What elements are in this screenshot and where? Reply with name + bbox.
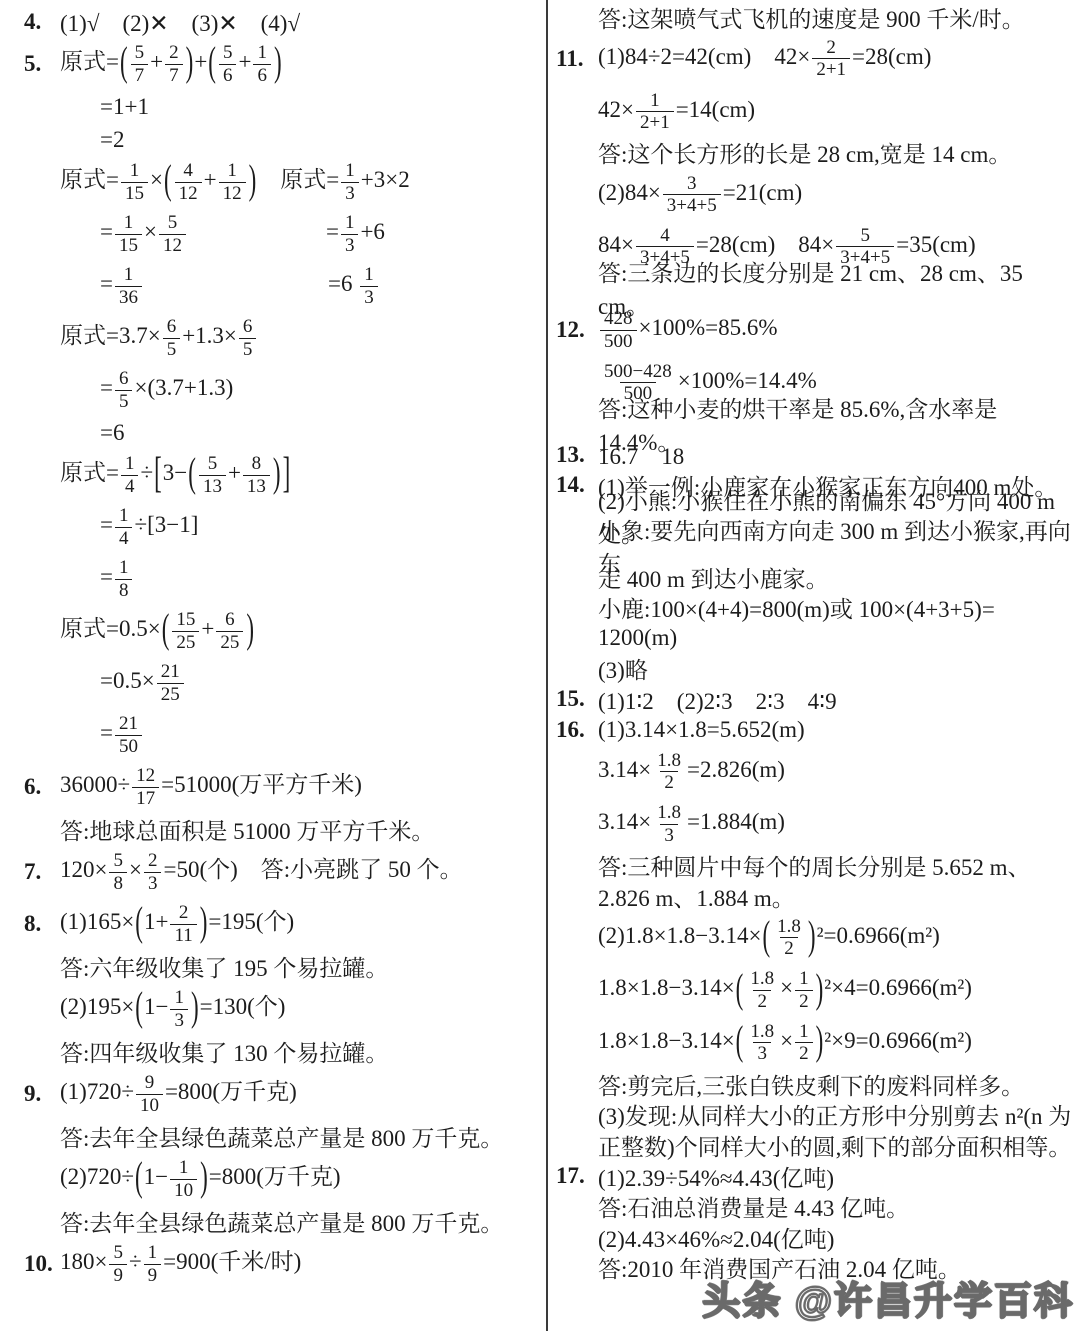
math-line: =14÷[3−1] [24,501,536,553]
big-close-paren: ) [190,986,200,1027]
text-run: (1)3.14×1.8=5.652(m) [598,717,805,742]
text-run: = [100,720,113,745]
text-run: ×100%=14.4% [678,368,817,393]
text-run: =800(万千克) [165,1079,297,1104]
text-run: 答:六年级收集了 195 个易拉罐。 [60,956,388,981]
fraction: 115 [121,160,148,204]
math-line: 5.原式=(57+27)+(56+16) [24,38,536,90]
fraction-numerator: 6 [239,316,257,337]
math-line: 答:这个长方形的长是 28 cm,宽是 14 cm。 [556,138,1078,169]
page-body: { "page": { "bg": "#ffffff", "text_color… [0,0,1080,1331]
math-line: =2 [24,123,536,156]
text-run: 答:地球总面积是 51000 万平方千米。 [60,819,434,844]
fraction-denominator: 36 [115,286,142,308]
big-open-paren: ( [207,41,217,82]
fraction-numerator: 1 [126,160,144,181]
fraction: 2150 [115,713,142,757]
fraction: 1.82 [653,750,685,794]
fraction: 13 [360,264,378,308]
expression: 120×58×23=50(个) 答:小亮跳了 50 个。 [60,850,463,894]
text-run: (1)1∶2 (2)2∶3 2∶3 4∶9 [598,689,837,714]
fraction-denominator: 15 [115,234,142,256]
fraction-numerator: 9 [141,1072,159,1093]
fraction: 14 [121,453,139,497]
fraction-denominator: 3 [660,824,678,846]
text-run: =28(cm) 84× [696,232,834,257]
problem-number: 10. [24,1251,60,1277]
text-run: = [100,271,113,296]
expression: (2)720÷(1−110)=800(万千克) [60,1157,341,1201]
math-line: =6 [24,416,536,449]
fraction-numerator: 8 [248,453,266,474]
math-line: 答:四年级收集了 130 个易拉罐。 [24,1035,536,1068]
expression: 答:地球总面积是 51000 万平方千米。 [60,813,434,846]
math-line: 原式=3.7×65+1.3×65 [24,312,536,364]
fraction-numerator: 6 [115,368,133,389]
text-run: +6 [360,219,384,244]
math-line: =2150 [24,709,536,761]
expression: (1)165×(1+211)=195(个) [60,902,294,946]
fraction-numerator: 12 [132,765,159,786]
fraction-numerator: 1 [360,264,378,285]
text-run: × [150,167,163,192]
expression: (1)84÷2=42(cm) 42×22+1=28(cm) [598,37,931,81]
math-line: (2)720÷(1−110)=800(万千克) [24,1153,536,1205]
fraction-denominator: 25 [157,683,184,705]
big-close-paren: ) [199,1156,209,1197]
problem-number: 4. [24,9,60,35]
fraction-numerator: 1.8 [746,968,778,989]
text-run: =1+1 [100,94,149,119]
math-line: 答:去年全县绿色蔬菜总产量是 800 万千克。 [24,1205,536,1238]
text-run: 答:剪完后,三张白铁皮剩下的废料同样多。 [598,1074,1024,1099]
math-line: =1+1 [24,90,536,123]
expression: =6 [100,420,124,446]
text-run: + [150,49,163,74]
big-open-paren: ( [761,915,771,956]
math-line: 小象:要先向西南方向走 300 m 到达小猴家,再向东 [556,531,1078,562]
text-run: 正整数)个同样大小的圆,剩下的部分面积相等。 [598,1135,1071,1160]
expression: 3.14×1.82=2.826(m) [598,750,785,794]
fraction-numerator: 5 [131,42,149,63]
fraction: 625 [216,609,243,653]
math-line: 答:石油总消费量是 4.43 亿吨。 [556,1191,1078,1222]
fraction-denominator: 2 [795,990,813,1012]
fraction-denominator: 4 [121,475,139,497]
expression: 原式=3.7×65+1.3×65 [60,316,258,360]
text-run: 原式=3.7× [60,323,161,348]
fraction: 910 [136,1072,163,1116]
expression: 答:去年全县绿色蔬菜总产量是 800 万千克。 [60,1205,503,1238]
problem-number: 13. [556,442,598,468]
big-open-paren: ( [735,1020,745,1061]
math-line: 小鹿:100×(4+4)=800(m)或 100×(4+3+5)= [556,592,1078,623]
fraction: 13 [341,160,359,204]
fraction: 33+4+5 [663,173,721,217]
fraction: 23 [144,850,162,894]
big-open-bracket: [ [153,451,163,495]
fraction: 813 [243,453,270,497]
text-run: =900(千米/时) [163,1249,301,1274]
fraction-denominator: 2+1 [636,111,674,133]
big-open-paren: ( [134,901,144,942]
column-divider-line [546,0,548,1331]
fraction-denominator: 3 [341,234,359,256]
text-run: + [194,49,207,74]
math-line: (3)发现:从同样大小的正方形中分别剪去 n²(n 为 [556,1100,1078,1131]
text-run: 答:三种圆片中每个的周长分别是 5.652 m、 [598,855,1031,880]
math-line: =0.5×2125 [24,657,536,709]
text-run: 84× [598,232,634,257]
text-run: ²=0.6966(m²) [817,923,940,948]
answers-column-right: 答:这架喷气式飞机的速度是 900 千米/时。11.(1)84÷2=42(cm)… [556,2,1078,1283]
problem-number: 11. [556,46,598,72]
math-line: (2)195×(1−13)=130(个) [24,983,536,1035]
expression: 原式=0.5×(1525+625) [60,609,255,653]
expression: 2.826 m、1.884 m。 [598,880,795,913]
fraction-numerator: 1.8 [746,1021,778,1042]
expression: =14÷[3−1] [100,505,198,549]
fraction-numerator: 1 [120,212,138,233]
fraction-denominator: 3 [753,1042,771,1064]
math-line: 答:地球总面积是 51000 万平方千米。 [24,813,536,846]
math-line: 4.(1)√ (2)✕ (3)✕ (4)√ [24,5,536,38]
math-line: 17.(1)2.39÷54%≈4.43(亿吨) [556,1161,1078,1192]
fraction: 1217 [132,765,159,809]
fraction: 115 [115,212,142,256]
math-line: 1.8×1.8−3.14×(1.82×12)²×4=0.6966(m²) [556,964,1078,1017]
expression: 原式=(57+27)+(56+16) [60,42,283,86]
fraction: 58 [109,850,127,894]
text-run: 120× [60,857,107,882]
expression: (1)3.14×1.8=5.652(m) [598,717,805,743]
expression: 1.8×1.8−3.14×(1.83×12)²×9=0.6966(m²) [598,1021,972,1065]
text-run: 3− [163,460,187,485]
text-run: =35(cm) [896,232,975,257]
text-run: 1+ [144,909,168,934]
math-line: 7.120×58×23=50(个) 答:小亮跳了 50 个。 [24,846,536,898]
text-run: (1)2.39÷54%≈4.43(亿吨) [598,1166,834,1191]
text-run: (3)略 [598,658,648,683]
expression: =0.5×2125 [100,661,186,705]
math-line: 2.826 m、1.884 m。 [556,881,1078,912]
text-run: = [100,375,113,400]
text-run: =2.826(m) [687,757,785,782]
fraction: 1.82 [746,968,778,1012]
expression: 答:三种圆片中每个的周长分别是 5.652 m、 [598,849,1031,882]
expression: 180×59÷19=900(千米/时) [60,1242,301,1286]
fraction-denominator: 3 [144,872,162,894]
text-run: = [100,219,113,244]
math-line: 16.(1)3.14×1.8=5.652(m) [556,715,1078,746]
math-line: =18 [24,553,536,605]
text-run: (1)84÷2=42(cm) 42× [598,44,810,69]
text-run: 小鹿:100×(4+4)=800(m)或 100×(4+3+5)= [598,597,995,622]
text-run: =195(个) [208,909,294,934]
fraction: 13 [341,212,359,256]
text-run: ÷ [129,1249,142,1274]
expression: 428500×100%=85.6% [598,308,778,352]
text-run: ²×9=0.6966(m²) [824,1028,972,1053]
fraction-denominator: 17 [132,787,159,809]
math-line: 9.(1)720÷910=800(万千克) [24,1068,536,1120]
fraction-denominator: 3 [360,286,378,308]
text-run: =6 [144,271,358,296]
text-run: 16.7 18 [598,444,684,469]
fraction-numerator: 1 [795,968,813,989]
fraction-denominator: 500 [600,330,637,352]
fraction-denominator: 3+4+5 [663,194,721,216]
fraction-numerator: 6 [221,609,239,630]
fraction: 27 [165,42,183,86]
text-run: 答:这个长方形的长是 28 cm,宽是 14 cm。 [598,142,1011,167]
math-line: 11.(1)84÷2=42(cm) 42×22+1=28(cm) [556,33,1078,86]
fraction-numerator: 15 [172,609,199,630]
text-run: 1− [144,1164,168,1189]
text-run: (2)720÷ [60,1164,134,1189]
math-line: 答:这架喷气式飞机的速度是 900 千米/时。 [556,2,1078,33]
math-line: (2)1.8×1.8−3.14×(1.82)²=0.6966(m²) [556,912,1078,965]
big-open-paren: ( [134,986,144,1027]
text-run: 原式= [257,167,339,192]
fraction-denominator: 10 [170,1179,197,1201]
fraction-numerator: 21 [157,661,184,682]
expression: (2)195×(1−13)=130(个) [60,987,285,1031]
text-run: 原式= [60,49,119,74]
text-run: (1)√ (2)✕ (3)✕ (4)√ [60,11,300,36]
big-close-paren: ) [199,901,209,942]
text-run: = [188,219,339,244]
text-run: =50(个) 答:小亮跳了 50 个。 [163,857,462,882]
fraction-numerator: 1 [144,1242,162,1263]
text-run: 答:去年全县绿色蔬菜总产量是 800 万千克。 [60,1211,503,1236]
text-run: =6 [100,420,124,445]
expression: 答:剪完后,三张白铁皮剩下的废料同样多。 [598,1068,1024,1101]
text-run: 1− [144,994,168,1019]
text-run: ²×4=0.6966(m²) [824,976,972,1001]
fraction-denominator: 2+1 [812,58,850,80]
big-open-paren: ( [119,41,129,82]
expression: (2)84×33+4+5=21(cm) [598,173,802,217]
fraction-denominator: 9 [144,1264,162,1286]
big-close-paren: ) [807,915,817,956]
math-line: 1200(m) [556,623,1078,654]
expression: =2150 [100,713,144,757]
text-run: + [201,616,214,641]
text-run: 答:石油总消费量是 4.43 亿吨。 [598,1196,909,1221]
math-line: =115×512 =13+6 [24,208,536,260]
fraction: 1.82 [773,916,805,960]
expression: 答:石油总消费量是 4.43 亿吨。 [598,1190,909,1223]
math-line: 答:剪完后,三张白铁皮剩下的废料同样多。 [556,1069,1078,1100]
big-close-paren: ) [815,967,825,1008]
problem-number: 7. [24,859,60,885]
fraction-numerator: 5 [857,225,875,246]
fraction-numerator: 4 [656,225,674,246]
fraction-numerator: 1 [341,160,359,181]
text-run: 答:四年级收集了 130 个易拉罐。 [60,1041,388,1066]
fraction: 65 [115,368,133,412]
fraction-denominator: 3 [170,1009,188,1031]
text-run: × [780,976,793,1001]
fraction: 65 [239,316,257,360]
fraction: 211 [170,902,196,946]
fraction-numerator: 2 [165,42,183,63]
expression: =115×512 =13+6 [100,212,385,256]
expression: 3.14×1.83=1.884(m) [598,802,785,846]
big-close-paren: ) [185,41,195,82]
math-line: 答:六年级收集了 195 个易拉罐。 [24,950,536,983]
math-line: 10.180×59÷19=900(千米/时) [24,1238,536,1290]
text-run: × [144,219,157,244]
expression: (2)1.8×1.8−3.14×(1.82)²=0.6966(m²) [598,916,940,960]
text-run: 180× [60,1249,107,1274]
fraction: 22+1 [812,37,850,81]
fraction-numerator: 6 [163,316,181,337]
fraction-numerator: 2 [144,850,162,871]
text-run: (1)165× [60,909,134,934]
math-line: 答:三条边的长度分别是 21 cm、28 cm、35 cm。 [556,273,1078,304]
math-line: 答:这种小麦的烘干率是 85.6%,含水率是 14.4%。 [556,409,1078,440]
fraction: 18 [115,557,133,601]
big-open-paren: ( [735,967,745,1008]
fraction: 112 [219,160,246,204]
fraction-denominator: 2 [780,937,798,959]
expression: =18 [100,557,134,601]
math-line: 正整数)个同样大小的圆,剩下的部分面积相等。 [556,1130,1078,1161]
text-run: = [100,512,113,537]
fraction-numerator: 2 [175,902,193,923]
fraction-denominator: 11 [170,924,196,946]
text-run: =800(万千克) [209,1164,341,1189]
expression: =65×(3.7+1.3) [100,368,233,412]
text-run: + [228,460,241,485]
watermark-text: 头条 @许昌升学百科 [702,1270,1074,1325]
expression: 原式=14÷[3−(513+813)] [60,453,291,497]
text-run: ×100%=85.6% [639,315,778,340]
text-run: =51000(万平方千米) [161,772,362,797]
fraction-numerator: 1 [646,90,664,111]
text-run: 走 400 m 到达小鹿家。 [598,567,829,592]
text-run: ÷[3−1] [134,512,198,537]
fraction-numerator: 5 [164,212,182,233]
fraction: 110 [170,1157,197,1201]
expression: =2 [100,127,124,153]
fraction: 16 [253,42,271,86]
text-run: + [204,167,217,192]
fraction-denominator: 2 [795,1042,813,1064]
fraction-numerator: 2 [822,37,840,58]
fraction: 59 [109,1242,127,1286]
expression: (2)4.43×46%≈2.04(亿吨) [598,1221,834,1254]
text-run: (2)4.43×46%≈2.04(亿吨) [598,1227,834,1252]
expression: 16.7 18 [598,438,684,471]
math-line: 原式=0.5×(1525+625) [24,605,536,657]
fraction: 412 [175,160,202,204]
text-run: =14(cm) [676,97,755,122]
problem-number: 15. [556,686,598,712]
fraction-numerator: 1 [170,987,188,1008]
big-open-paren: ( [134,1156,144,1197]
big-close-bracket: ] [282,451,292,495]
fraction: 13 [170,987,188,1031]
fraction-denominator: 3 [341,182,359,204]
big-open-paren: ( [161,608,171,649]
math-line: 原式=14÷[3−(513+813)] [24,449,536,501]
expression: (3)略 [598,652,648,685]
answer-sheet-page: 4.(1)√ (2)✕ (3)✕ (4)√5.原式=(57+27)+(56+16… [0,0,1080,1331]
fraction-denominator: 5 [239,338,257,360]
fraction: 1.83 [746,1021,778,1065]
expression: 答:四年级收集了 130 个易拉罐。 [60,1035,388,1068]
math-line: 3.14×1.82=2.826(m) [556,745,1078,798]
text-run: =2 [100,127,124,152]
fraction-numerator: 1 [121,453,139,474]
fraction-denominator: 6 [253,64,271,86]
big-close-paren: ) [248,159,258,200]
fraction-numerator: 21 [115,713,142,734]
expression: =1+1 [100,94,149,120]
text-run: =21(cm) [723,180,802,205]
fraction: 65 [163,316,181,360]
fraction: 428500 [600,308,637,352]
text-run: ×(3.7+1.3) [134,375,233,400]
fraction-numerator: 1.8 [653,750,685,771]
text-run: + [238,49,251,74]
expression: 1.8×1.8−3.14×(1.82×12)²×4=0.6966(m²) [598,968,972,1012]
fraction-denominator: 2 [660,771,678,793]
fraction-numerator: 428 [600,308,637,329]
fraction-numerator: 1 [795,1021,813,1042]
fraction-denominator: 12 [159,234,186,256]
text-run: (2)84× [598,180,661,205]
text-run: 42× [598,97,634,122]
fraction-denominator: 12 [219,182,246,204]
expression: 答:这个长方形的长是 28 cm,宽是 14 cm。 [598,136,1011,169]
text-run: (2)195× [60,994,134,1019]
problem-number: 5. [24,51,60,77]
fraction: 1.83 [653,802,685,846]
fraction-denominator: 13 [243,475,270,497]
text-run: (2)1.8×1.8−3.14× [598,923,761,948]
fraction-denominator: 15 [121,182,148,204]
fraction: 136 [115,264,142,308]
fraction-numerator: 1 [175,1157,193,1178]
text-run: 2.826 m、1.884 m。 [598,886,795,911]
fraction-numerator: 1 [115,557,133,578]
fraction: 19 [144,1242,162,1286]
text-run: =28(cm) [852,44,931,69]
fraction-denominator: 8 [109,872,127,894]
fraction-numerator: 1.8 [653,802,685,823]
math-line: =65×(3.7+1.3) [24,364,536,416]
fraction: 2125 [157,661,184,705]
fraction-numerator: 5 [204,453,222,474]
fraction-denominator: 4 [115,527,133,549]
fraction-denominator: 25 [216,631,243,653]
fraction-numerator: 3 [683,173,701,194]
fraction-numerator: 1 [341,212,359,233]
math-line: 3.14×1.83=1.884(m) [556,798,1078,851]
big-close-paren: ) [815,1020,825,1061]
answers-column-left: 4.(1)√ (2)✕ (3)✕ (4)√5.原式=(57+27)+(56+16… [24,5,536,1290]
fraction-denominator: 13 [199,475,226,497]
fraction-numerator: 1 [223,160,241,181]
problem-number: 8. [24,911,60,937]
math-line: (3)略 [556,654,1078,685]
math-line: (2)4.43×46%≈2.04(亿吨) [556,1222,1078,1253]
fraction-denominator: 8 [115,579,133,601]
